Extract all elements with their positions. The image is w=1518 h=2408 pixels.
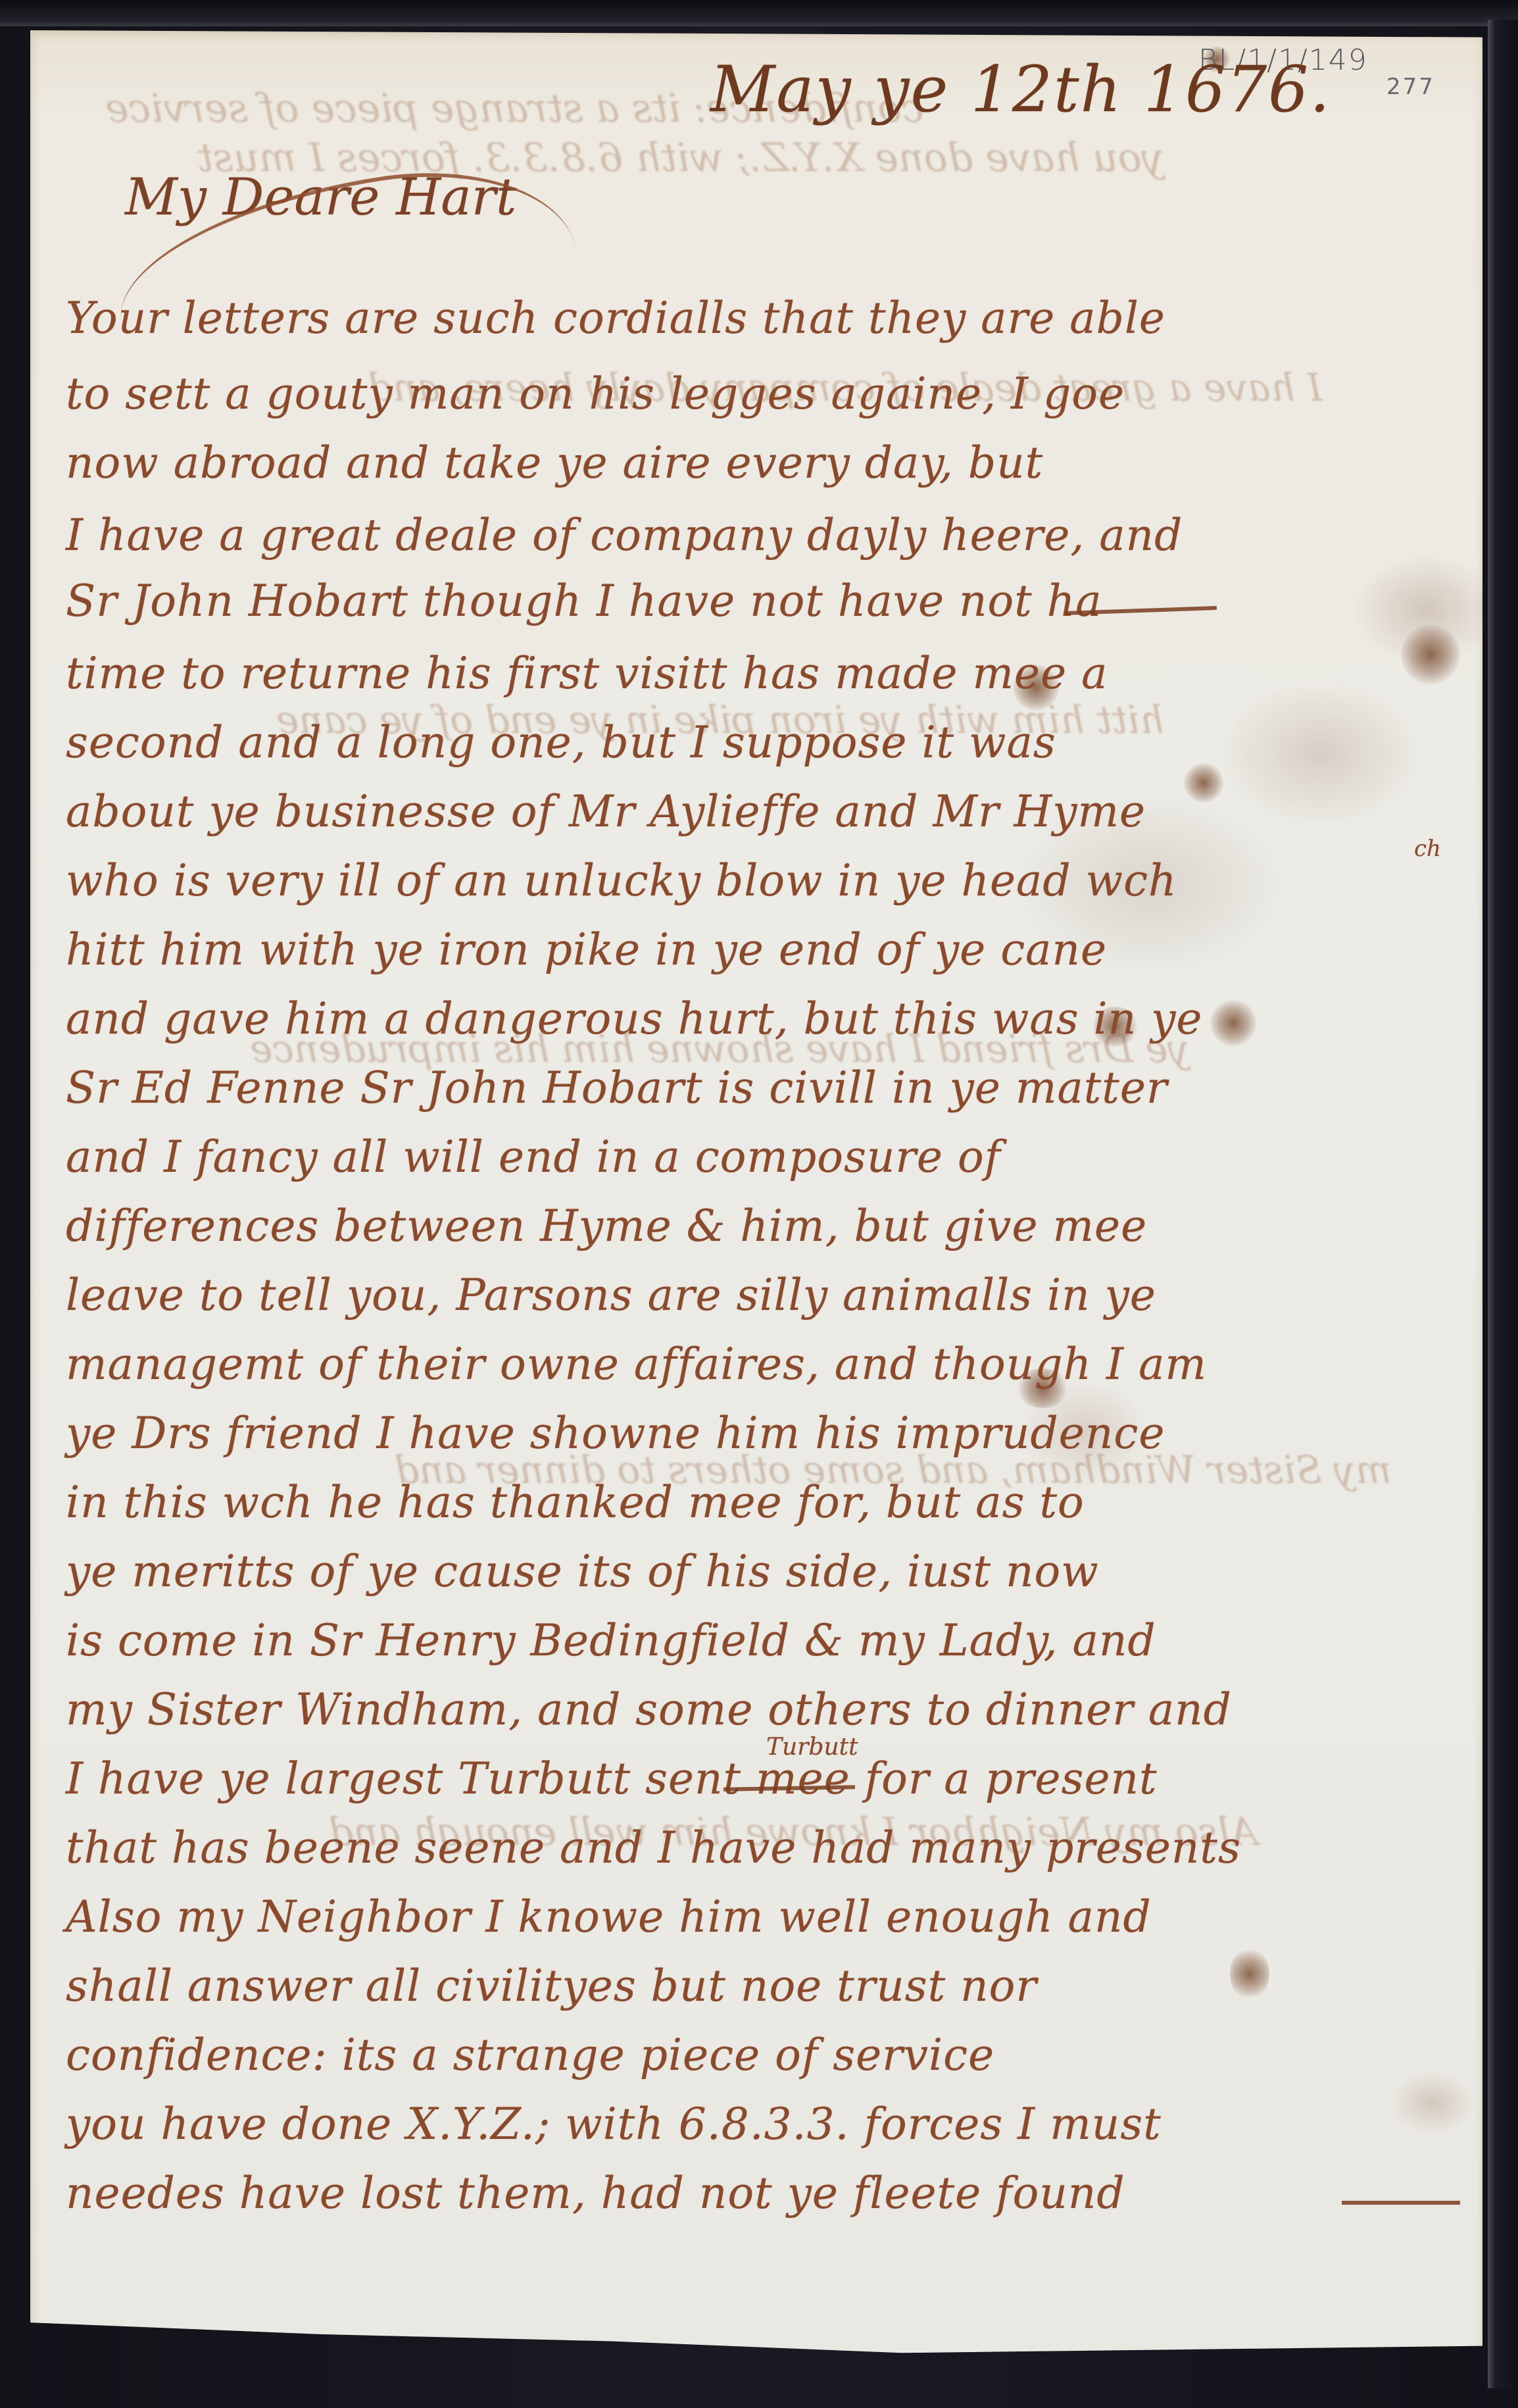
letter-line: confidence: its a strange piece of servi… — [66, 2030, 994, 2080]
superscript-abbreviation: ch — [1414, 836, 1441, 862]
letter-line: is come in Sr Henry Bedingfield & my Lad… — [66, 1615, 1156, 1666]
frame-right-edge — [1488, 20, 1518, 2388]
interlinear-correction: Turbutt — [766, 1734, 858, 1761]
letter-line: who is very ill of an unlucky blow in ye… — [66, 855, 1177, 906]
letter-line: ye Drs friend I have showne him his impr… — [66, 1408, 1165, 1459]
letter-line: Sr John Hobart though I have not have no… — [66, 576, 1102, 626]
letter-line: second and a long one, but I suppose it … — [66, 717, 1056, 768]
strikethrough — [1342, 2201, 1460, 2205]
folio-number: 277 — [1386, 74, 1435, 100]
letter-line: time to returne his first visitt has mad… — [66, 648, 1108, 699]
letter-line: about ye businesse of Mr Aylieffe and Mr… — [66, 786, 1146, 837]
ink-stain — [1230, 1947, 1269, 2000]
letter-line: managemt of their owne affaires, and tho… — [66, 1339, 1207, 1390]
letter-line: needes have lost them, had not ye fleete… — [66, 2168, 1125, 2219]
letter-line: and gave him a dangerous hurt, but this … — [66, 993, 1203, 1044]
frame-top-edge — [0, 0, 1518, 26]
letter-line: hitt him with ye iron pike in ye end of … — [66, 924, 1107, 975]
letter-line: ye meritts of ye cause its of his side, … — [66, 1546, 1099, 1597]
letter-line: shall answer all civilityes but noe trus… — [66, 1961, 1037, 2011]
letter-line: now abroad and take ye aire every day, b… — [66, 438, 1043, 488]
letter-line: to sett a gouty man on his legges againe… — [66, 368, 1125, 419]
ink-stain — [1184, 763, 1223, 803]
letter-line: I have a great deale of company dayly he… — [66, 510, 1183, 561]
letter-line: my Sister Windham, and some others to di… — [66, 1684, 1232, 1735]
letter-line: I have ye largest Turbutt sent mee for a… — [66, 1753, 1158, 1804]
letter-line: Also my Neighbor I knowe him well enough… — [66, 1892, 1152, 1942]
letter-line: differences between Hyme & him, but give… — [66, 1201, 1147, 1251]
letter-line: you have done X.Y.Z.; with 6.8.3.3. forc… — [66, 2099, 1162, 2149]
letter-line: that has beene seene and I have had many… — [66, 1822, 1241, 1873]
letter-line: Sr Ed Fenne Sr John Hobart is civill in … — [66, 1063, 1167, 1113]
ink-stain — [1210, 1000, 1256, 1046]
letter-line: Your letters are such cordialls that the… — [66, 293, 1165, 343]
letter-date: May ye 12th 1676. — [710, 53, 1331, 126]
letter-line: and I fancy all will end in a composure … — [66, 1132, 1001, 1182]
letter-line: leave to tell you, Parsons are silly ani… — [66, 1270, 1156, 1320]
letter-line: in this wch he has thanked mee for, but … — [66, 1477, 1085, 1528]
ink-stain — [1401, 625, 1460, 684]
